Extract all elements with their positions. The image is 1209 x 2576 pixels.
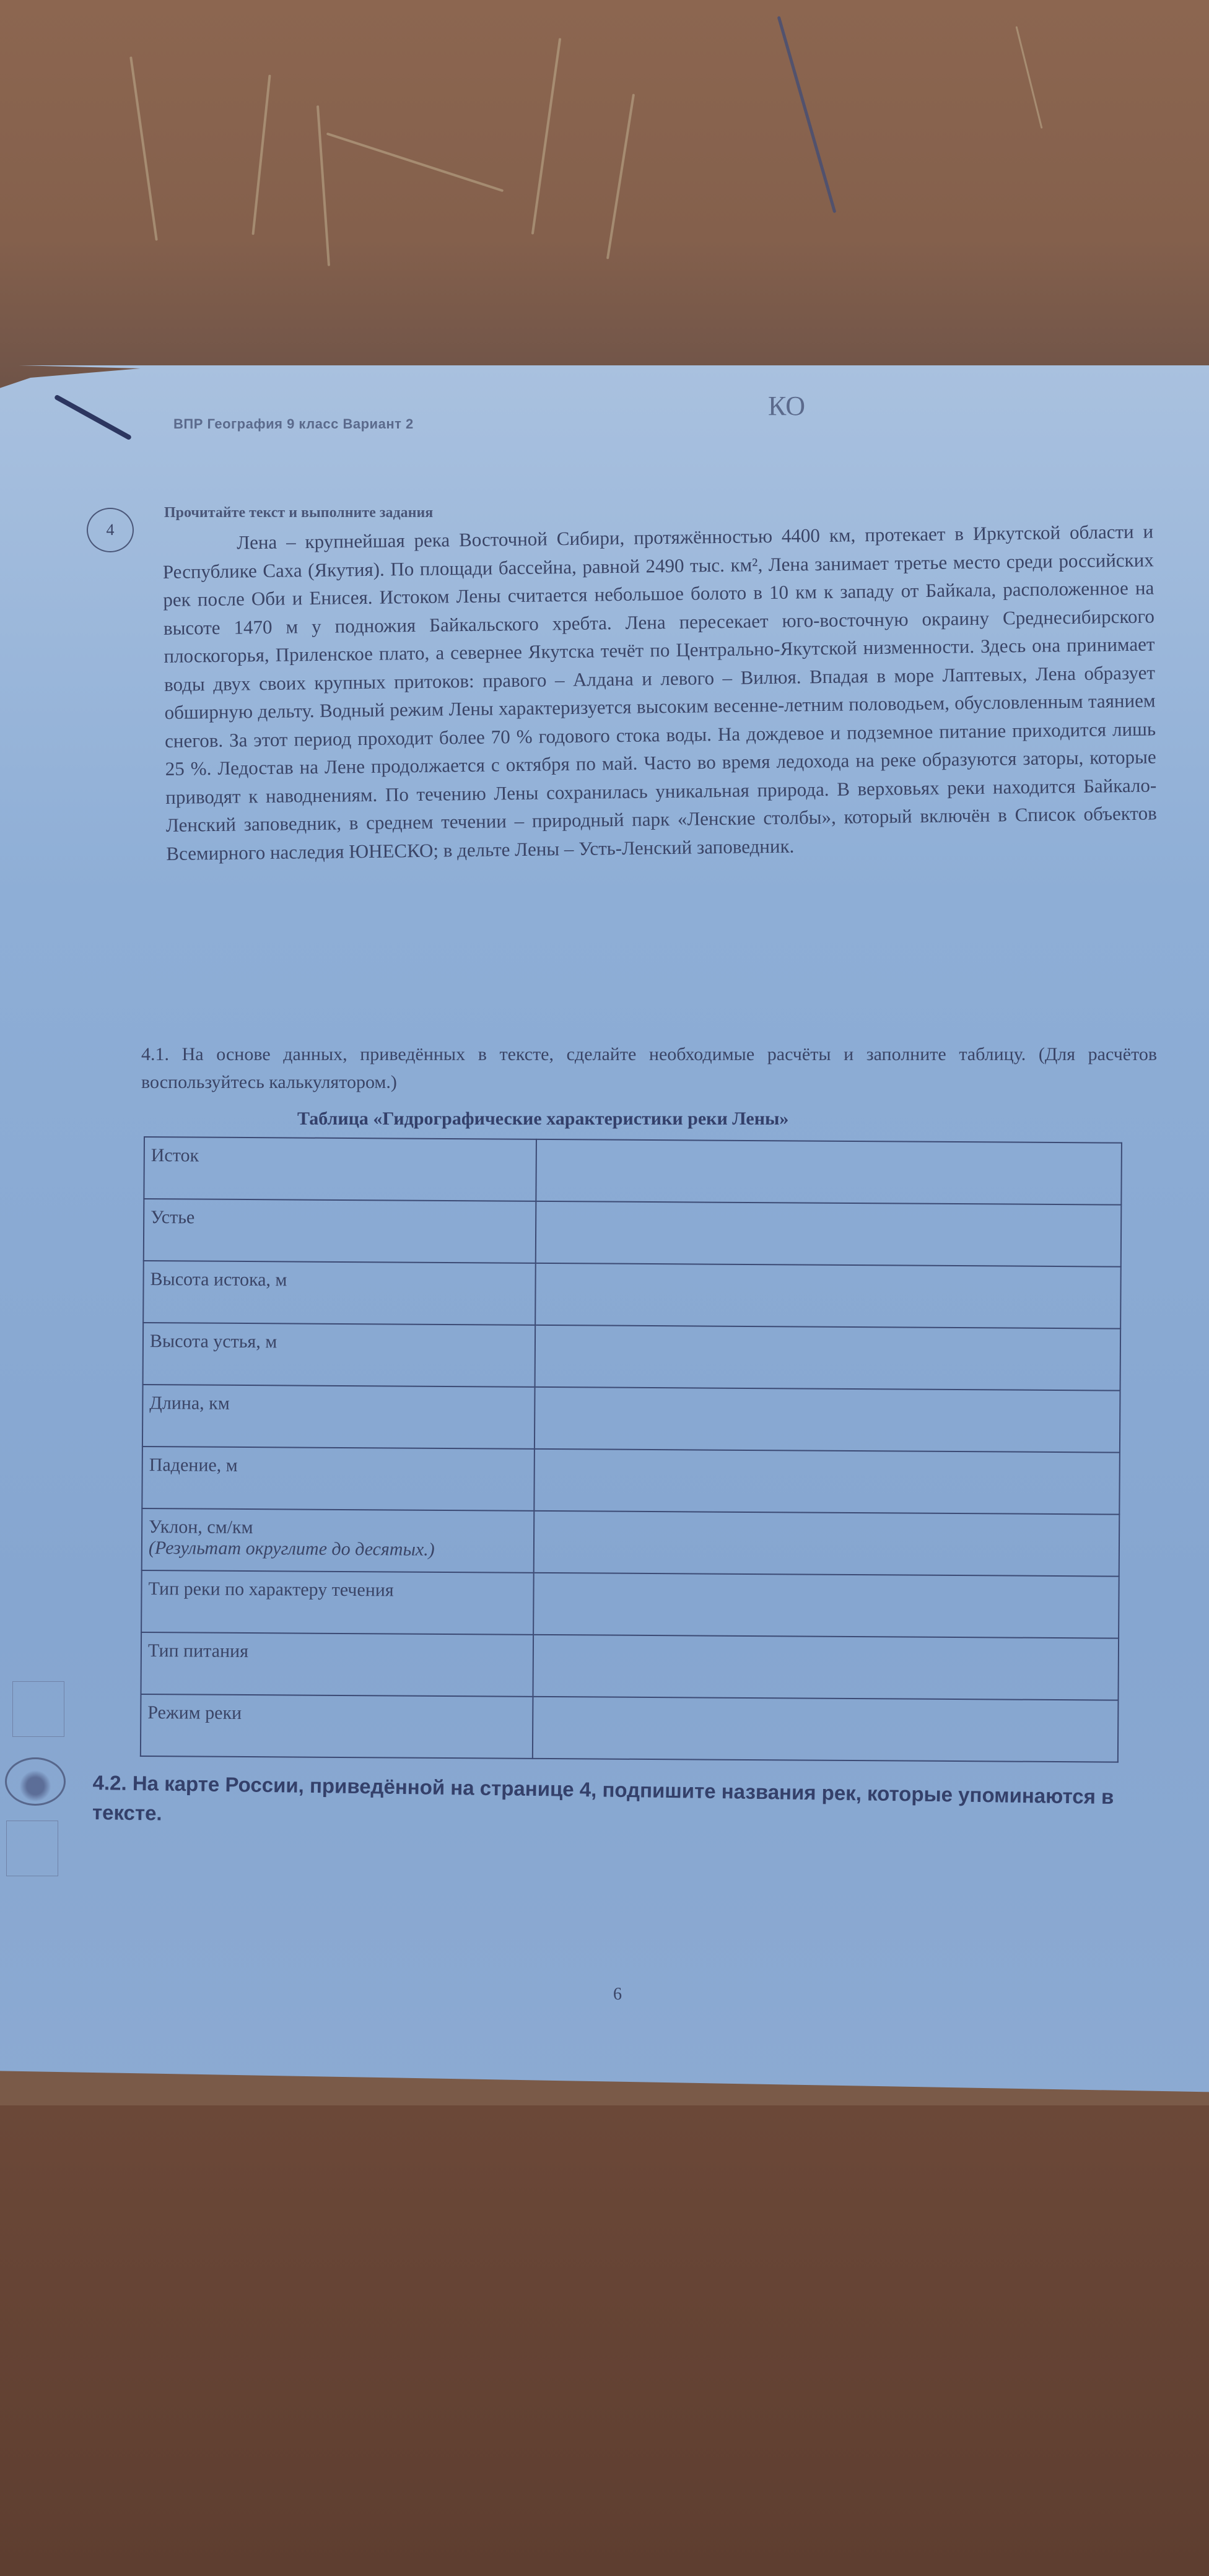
- row-label-cell: Устье: [144, 1199, 536, 1263]
- table-row: Уклон, см/км(Результат округлите до деся…: [142, 1508, 1120, 1577]
- desk-scratch: [1015, 26, 1042, 129]
- answer-cell[interactable]: [536, 1201, 1121, 1267]
- table-row: Высота истока, м: [143, 1261, 1121, 1329]
- answer-cell[interactable]: [535, 1325, 1120, 1391]
- task-number: 4: [107, 521, 115, 539]
- table-row: Устье: [144, 1199, 1122, 1267]
- table-row: Тип питания: [141, 1632, 1119, 1700]
- answer-cell[interactable]: [533, 1573, 1119, 1638]
- task-intro: Прочитайте текст и выполните задания: [164, 505, 433, 521]
- desk-scratch: [316, 105, 330, 266]
- stamp-seal-icon: [5, 1757, 66, 1806]
- answer-cell[interactable]: [535, 1449, 1120, 1515]
- task-number-badge: 4: [87, 508, 134, 552]
- desk-scratch: [606, 94, 635, 259]
- desk-scratch: [531, 38, 561, 234]
- row-label: Длина, км: [149, 1393, 230, 1414]
- table-row: Тип реки по характеру течения: [141, 1570, 1119, 1638]
- hydrographic-table: ИстокУстьеВысота истока, мВысота устья, …: [140, 1136, 1122, 1763]
- table-row: Падение, м: [142, 1447, 1120, 1515]
- answer-cell[interactable]: [535, 1387, 1120, 1453]
- page-number: 6: [613, 1985, 622, 2004]
- answer-cell[interactable]: [536, 1139, 1122, 1205]
- desk-surface-bottom: [0, 2105, 1209, 2576]
- row-label-cell: Падение, м: [142, 1447, 535, 1511]
- row-label-cell: Уклон, см/км(Результат округлите до деся…: [142, 1508, 535, 1573]
- row-label-cell: Длина, км: [142, 1385, 535, 1449]
- score-box: [6, 1821, 58, 1876]
- question-4-1: 4.1. На основе данных, приведённых в тек…: [141, 1040, 1157, 1096]
- table-row: Высота устья, м: [143, 1323, 1121, 1391]
- row-label-cell: Высота истока, м: [143, 1261, 536, 1325]
- row-note: (Результат округлите до десятых.): [149, 1538, 528, 1561]
- row-label: Тип питания: [148, 1640, 248, 1661]
- row-label: Уклон, см/км: [149, 1516, 253, 1538]
- row-label-cell: Режим реки: [141, 1694, 533, 1759]
- reading-passage: Лена – крупнейшая река Восточной Сибири,…: [162, 517, 1158, 868]
- score-box: [12, 1681, 64, 1737]
- row-label: Падение, м: [149, 1455, 238, 1476]
- stamp-code: КО: [768, 390, 805, 422]
- row-label: Тип реки по характеру течения: [148, 1578, 393, 1600]
- row-label: Устье: [151, 1207, 194, 1227]
- row-label-cell: Тип питания: [141, 1632, 533, 1697]
- table-row: Режим реки: [141, 1694, 1119, 1762]
- table-row: Исток: [144, 1137, 1122, 1205]
- desk-scratch: [251, 75, 271, 235]
- answer-cell[interactable]: [533, 1697, 1118, 1762]
- desk-scratch: [326, 133, 504, 193]
- row-label: Высота истока, м: [150, 1269, 287, 1290]
- desk-surface-top: [0, 0, 1209, 396]
- answer-cell[interactable]: [534, 1511, 1119, 1577]
- table-title: Таблица «Гидрографические характеристики…: [297, 1108, 788, 1129]
- row-label: Режим реки: [147, 1702, 242, 1723]
- answer-cell[interactable]: [535, 1263, 1120, 1329]
- row-label-cell: Тип реки по характеру течения: [141, 1570, 534, 1635]
- table-row: Длина, км: [142, 1385, 1120, 1453]
- row-label-cell: Исток: [144, 1137, 536, 1201]
- exam-header: ВПР География 9 класс Вариант 2: [173, 416, 414, 432]
- answer-cell[interactable]: [533, 1635, 1119, 1700]
- desk-scratch: [129, 56, 158, 241]
- row-label-cell: Высота устья, м: [143, 1323, 536, 1387]
- passage-text: Лена – крупнейшая река Восточной Сибири,…: [162, 517, 1158, 868]
- row-label: Исток: [151, 1145, 199, 1165]
- row-label: Высота устья, м: [150, 1331, 277, 1352]
- desk-pen-mark: [777, 16, 837, 214]
